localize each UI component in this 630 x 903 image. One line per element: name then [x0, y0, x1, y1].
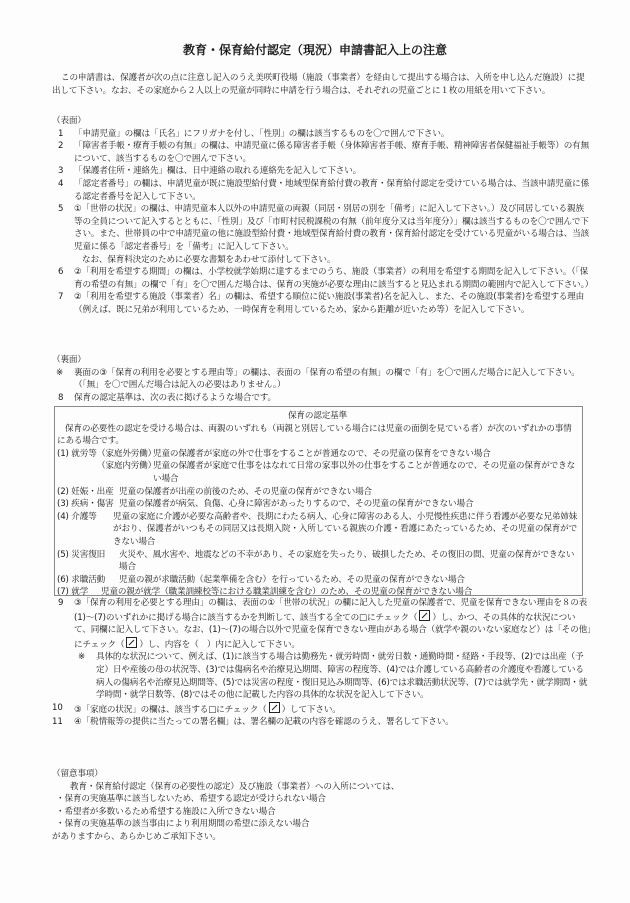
criteria-label: (3) 疾病・傷害 [57, 498, 114, 511]
item-number: 10 [52, 702, 63, 715]
item-text: 「申請児童」の欄は「氏名」にフリガナを付し、「性別」の欄は該当するものを〇で囲ん… [74, 128, 592, 141]
item-text: ③「家庭の状況」の欄は、該当する□にチェック（）して下さい。 [74, 702, 592, 717]
page-title: 教育・保育給付認定（現況）申請書記入上の注意 [0, 42, 630, 58]
note-text: 具体的な状況について、例えば、(1)に該当する場合は勤務先・就労時間・就労日数・… [96, 651, 592, 701]
item-text: 「保護者住所・連絡先」欄は、日中連絡の取れる連絡先を記入して下さい。 [74, 165, 592, 178]
reference-mark: ※ [78, 651, 85, 664]
remarks-bullet: ・保育の実施基準に該当しないため、希望する認定が受けられない場合 [52, 793, 592, 806]
item-number: 1 [58, 128, 63, 141]
front-item-6: 6 ②「利用を希望する期間」の欄は、小学校就学始期に達するまでのうち、施設（事業… [52, 266, 592, 291]
item9-note: ※ 具体的な状況について、例えば、(1)に該当する場合は勤務先・就労時間・就労日… [74, 651, 592, 701]
item-text: ②「利用を希望する施設（事業者）名」の欄は、希望する順位に従い施設(事業者)名を… [74, 291, 592, 316]
reference-mark: ※ [56, 367, 63, 380]
criteria-row-4: (4) 介護等 児童の家庭に介護が必要な高齢者や、長期にわたる病人、心身に障害の… [57, 511, 578, 549]
back-item-11: 11 ④「税情報等の提供に当たっての署名欄」は、署名欄の記載の内容を確認のうえ、… [52, 716, 592, 729]
front-item-3: 3 「保護者住所・連絡先」欄は、日中連絡の取れる連絡先を記入して下さい。 [52, 165, 592, 178]
front-section: （表面） 1 「申請児童」の欄は「氏名」にフリガナを付し、「性別」の欄は該当する… [52, 115, 592, 317]
item-text: ②「利用を希望する期間」の欄は、小学校就学始期に達するまでのうち、施設（事業者）… [74, 266, 592, 291]
back-item-10: 10 ③「家庭の状況」の欄は、該当する□にチェック（）して下さい。 [52, 702, 592, 717]
criteria-text: 児童の保護者が家庭の外で仕事をすることが普通なので、その児童の保育をできない場合 [153, 449, 491, 459]
item-text-part: ）し、内容を（ ）内に記入して下さい。 [139, 640, 299, 650]
front-item-2: 2 「障害者手帳・療育手帳の有無」の欄は、申請児童に係る障害者手帳（身体障害者手… [52, 140, 592, 165]
front-item-7: 7 ②「利用を希望する施設（事業者）名」の欄は、希望する順位に従い施設(事業者)… [52, 291, 592, 316]
item-number: 3 [58, 165, 63, 178]
back-heading: （裏面） [52, 354, 592, 367]
criteria-lead: 保育の必要性の認定を受ける場合は、両親のいずれも（両親と別居している場合には児童… [57, 423, 578, 448]
remarks-closing: がありますから、あらかじめご承知下さい。 [52, 831, 592, 844]
remarks-heading: （留意事項） [52, 768, 592, 781]
criteria-text: 児童の保護者が病気、負傷、心身に障害があったりするので、その児童の保育ができない… [119, 499, 473, 509]
item-number: 6 [58, 266, 63, 279]
criteria-text: 児童の保護者が出産の前後のため、その児童の保育ができない場合 [119, 487, 372, 497]
criteria-row-6: (6) 求職活動 児童の親が求職活動（起業準備を含む）を行っているため、その児童… [57, 574, 578, 587]
criteria-row-5: (5) 災害復旧 火災や、風水害や、地震などの不幸があり、その家庭を失ったり、破… [57, 549, 578, 574]
criteria-title: 保育の認定基準 [57, 410, 578, 423]
item-number: 5 [58, 203, 63, 216]
back-item-8: 8 保育の認定基準は、次の表に掲げるような場合です。 [52, 392, 592, 405]
remarks-bullet: ・保育の実施基準の該当事由により利用期間の希望に添えない場合 [52, 818, 592, 831]
front-item-4: 4 「認定者番号」の欄は、申請児童が既に施設型給付費・地域型保育給付費の教育・保… [52, 178, 592, 203]
criteria-label: (6) 求職活動 [57, 574, 105, 587]
back-items-9-11: 9 ③「保育の利用を必要とする理由」の欄は、表面の①「世帯の状況」の欄に記入した… [52, 597, 592, 729]
item-number: 9 [58, 597, 63, 610]
front-item-5: 5 ①「世帯の状況」の欄は、申請児童本人以外の申請児童の両親（同居・別居の別を「… [52, 203, 592, 266]
back-note: ※ 裏面の③「保育の利用を必要とする理由等」の欄は、表面の「保育の希望の有無」の… [52, 367, 592, 392]
front-heading: （表面） [52, 115, 592, 128]
front-item-1: 1 「申請児童」の欄は「氏名」にフリガナを付し、「性別」の欄は該当するものを〇で… [52, 128, 592, 141]
criteria-label: (5) 災害復旧 [57, 549, 105, 562]
criteria-sublabel: （家庭外労働） [97, 448, 156, 461]
note-text: 裏面の③「保育の利用を必要とする理由等」の欄は、表面の「保育の希望の有無」の欄で… [74, 367, 592, 392]
back-item-9: 9 ③「保育の利用を必要とする理由」の欄は、表面の①「世帯の状況」の欄に記入した… [52, 597, 592, 651]
criteria-text: 児童の家庭に介護が必要な高齢者や、長期にわたる病人、心身に障害のある人、小児慢性… [113, 512, 577, 547]
item-text: ③「保育の利用を必要とする理由」の欄は、表面の①「世帯の状況」の欄に記入した児童… [74, 597, 592, 651]
item-text: 「認定者番号」の欄は、申請児童が既に施設型給付費・地域型保育給付費の教育・保育給… [74, 178, 592, 203]
item-text-part: ）して下さい。 [282, 705, 341, 715]
criteria-label: (2) 妊娠・出産 [57, 486, 114, 499]
item-number: 11 [52, 716, 63, 729]
criteria-text: 児童の親が就学（職業訓練校等における職業訓練を含む）のため、その児童の保育ができ… [101, 587, 472, 597]
criteria-row-2: (2) 妊娠・出産 児童の保護者が出産の前後のため、その児童の保育ができない場合 [57, 486, 578, 499]
item-number: 7 [58, 291, 63, 304]
criteria-row-3: (3) 疾病・傷害 児童の保護者が病気、負傷、心身に障害があったりするので、その… [57, 498, 578, 511]
item-subtext: なお、保育料決定のために必要な書類をあわせて添付して下さい。 [74, 254, 592, 267]
item-text-part: ③「家庭の状況」の欄は、該当する□にチェック（ [74, 705, 267, 715]
document-page: 教育・保育給付認定（現況）申請書記入上の注意 この申請書は、保護者が次の点に注意… [0, 0, 630, 903]
item-text: ④「税情報等の提供に当たっての署名欄」は、署名欄の記載の内容を確認のうえ、署名し… [74, 716, 592, 729]
back-section: （裏面） ※ 裏面の③「保育の利用を必要とする理由等」の欄は、表面の「保育の希望… [52, 354, 592, 404]
checked-box-icon [126, 637, 137, 648]
criteria-text: 児童の保護者が家庭で仕事をはなれて日常の家事以外の仕事をすることが普通なので、そ… [153, 461, 575, 484]
item-number: 2 [58, 140, 63, 153]
criteria-sublabel: （家庭内労働） [97, 460, 156, 473]
criteria-text: 火災や、風水害や、地震などの不幸があり、その家庭を失ったり、破損したため、その復… [119, 550, 574, 573]
remarks-section: （留意事項） 教育・保育給付認定（保育の必要性の認定）及び施設（事業者）への入所… [52, 768, 592, 844]
criteria-row-1a: (1) 就労等 （家庭外労働） 児童の保護者が家庭の外で仕事をすることが普通なの… [57, 448, 578, 461]
criteria-text: 児童の親が求職活動（起業準備を含む）を行っているため、その児童の保育ができない場… [119, 575, 465, 585]
remarks-lead: 教育・保育給付認定（保育の必要性の認定）及び施設（事業者）への入所については、 [52, 781, 592, 794]
checked-box-icon [269, 702, 280, 713]
remarks-bullet: ・希望者が多数いるため希望する施設に入所できない場合 [52, 806, 592, 819]
item-text: 保育の認定基準は、次の表に掲げるような場合です。 [74, 392, 592, 405]
item-number: 8 [58, 392, 63, 405]
checked-box-icon [419, 610, 430, 621]
item-text: 「障害者手帳・療育手帳の有無」の欄は、申請児童に係る障害者手帳（身体障害者手帳、… [74, 140, 592, 165]
criteria-label: (1) 就労等 [57, 448, 97, 461]
item-text: ①「世帯の状況」の欄は、申請児童本人以外の申請児童の両親（同居・別居の別を「備考… [74, 203, 592, 253]
criteria-label: (4) 介護等 [57, 511, 97, 524]
criteria-table: 保育の認定基準 保育の必要性の認定を受ける場合は、両親のいずれも（両親と別居して… [54, 406, 583, 596]
intro-paragraph: この申請書は、保護者が次の点に注意し記入のうえ美咲町役場（施設（事業者）を経由し… [52, 72, 592, 97]
item-number: 4 [58, 178, 63, 191]
criteria-row-1b: （家庭内労働） 児童の保護者が家庭で仕事をはなれて日常の家事以外の仕事をすること… [57, 460, 578, 485]
